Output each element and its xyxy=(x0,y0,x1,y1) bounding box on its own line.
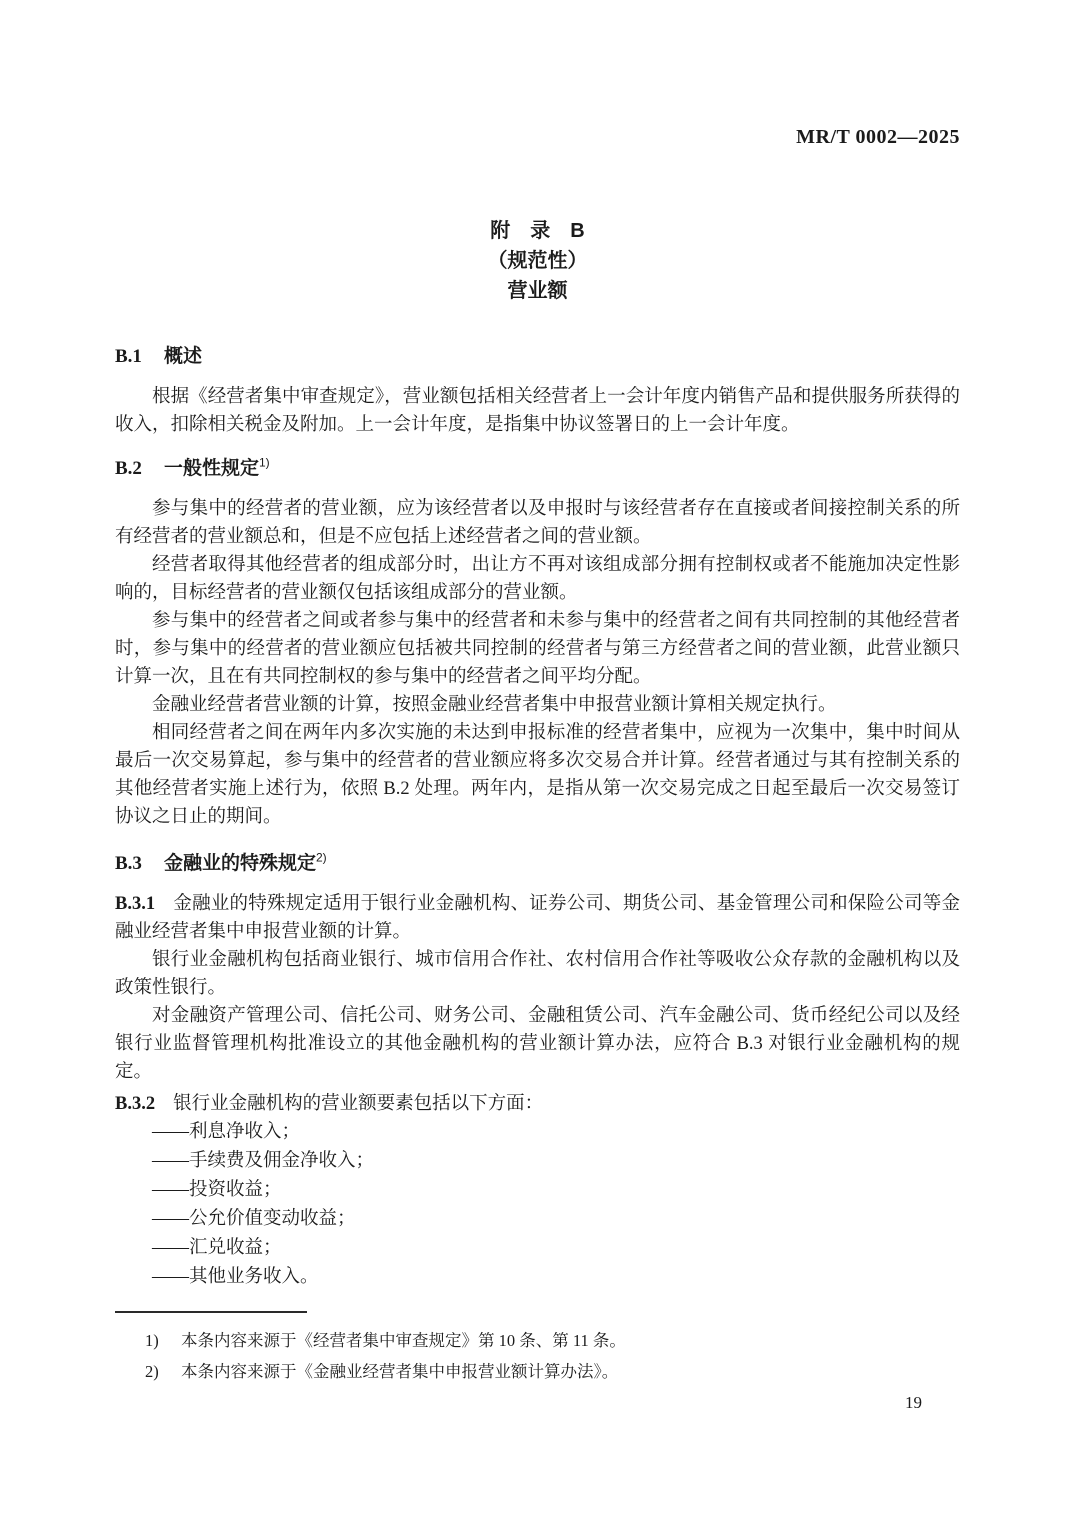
footnote-text: 本条内容来源于《金融业经营者集中申报营业额计算办法》。 xyxy=(181,1356,960,1387)
footnote: 2) 本条内容来源于《金融业经营者集中申报营业额计算办法》。 xyxy=(115,1356,960,1387)
body-paragraph: 参与集中的经营者的营业额，应为该经营者以及申报时与该经营者存在直接或者间接控制关… xyxy=(115,495,960,551)
footnote-reference: 1) xyxy=(259,456,270,470)
list-item: ——投资收益； xyxy=(115,1176,960,1205)
document-page: MR/T 0002—2025 附 录 B （规范性） 营业额 B.1概述 根据《… xyxy=(0,0,1074,1520)
appendix-title-block: 附 录 B （规范性） 营业额 xyxy=(115,216,960,306)
footnote-separator xyxy=(115,1311,307,1313)
section-heading-b1: B.1概述 xyxy=(115,344,960,370)
appendix-subject: 营业额 xyxy=(115,276,960,306)
document-code: MR/T 0002—2025 xyxy=(115,124,960,150)
section-heading-b3: B.3金融业的特殊规定2) xyxy=(115,851,960,877)
section-number: B.1 xyxy=(115,346,142,367)
list-item: ——利息净收入； xyxy=(115,1118,960,1147)
clause-number: B.3.2 xyxy=(115,1094,155,1114)
body-paragraph: 银行业金融机构包括商业银行、城市信用合作社、农村信用合作社等吸收公众存款的金融机… xyxy=(115,946,960,1002)
footnote: 1) 本条内容来源于《经营者集中审查规定》第 10 条、第 11 条。 xyxy=(115,1325,960,1356)
section-number: B.2 xyxy=(115,458,142,479)
section-number: B.3 xyxy=(115,853,142,874)
list-item: ——手续费及佣金净收入； xyxy=(115,1147,960,1176)
clause-text: 银行业金融机构的营业额要素包括以下方面： xyxy=(173,1094,543,1114)
body-paragraph: 根据《经营者集中审查规定》，营业额包括相关经营者上一会计年度内销售产品和提供服务… xyxy=(115,383,960,439)
page-content: MR/T 0002—2025 附 录 B （规范性） 营业额 B.1概述 根据《… xyxy=(115,0,960,1292)
page-number: 19 xyxy=(905,1392,922,1414)
clause-number: B.3.1 xyxy=(115,894,155,914)
clause-b32: B.3.2银行业金融机构的营业额要素包括以下方面： xyxy=(115,1090,960,1118)
body-paragraph: 参与集中的经营者之间或者参与集中的经营者和未参与集中的经营者之间有共同控制的其他… xyxy=(115,607,960,691)
section-heading-b2: B.2一般性规定1) xyxy=(115,456,960,482)
clause-text: 金融业的特殊规定适用于银行业金融机构、证券公司、期货公司、基金管理公司和保险公司… xyxy=(115,894,960,942)
body-paragraph: 经营者取得其他经营者的组成部分时，出让方不再对该组成部分拥有控制权或者不能施加决… xyxy=(115,551,960,607)
body-paragraph: 对金融资产管理公司、信托公司、财务公司、金融租赁公司、汽车金融公司、货币经纪公司… xyxy=(115,1002,960,1086)
list-item: ——其他业务收入。 xyxy=(115,1263,960,1292)
appendix-title: 附 录 B xyxy=(115,216,960,246)
body-paragraph: 金融业经营者营业额的计算，按照金融业经营者集中申报营业额计算相关规定执行。 xyxy=(115,691,960,719)
footnote-marker: 2) xyxy=(115,1356,181,1387)
body-paragraph: 相同经营者之间在两年内多次实施的未达到申报标准的经营者集中，应视为一次集中，集中… xyxy=(115,719,960,831)
footnote-text: 本条内容来源于《经营者集中审查规定》第 10 条、第 11 条。 xyxy=(181,1325,960,1356)
list-item: ——公允价值变动收益； xyxy=(115,1205,960,1234)
footnote-marker: 1) xyxy=(115,1325,181,1356)
footnote-reference: 2) xyxy=(316,851,327,865)
section-title: 概述 xyxy=(164,346,202,367)
section-title: 一般性规定 xyxy=(164,458,259,479)
section-title: 金融业的特殊规定 xyxy=(164,853,316,874)
appendix-normative-label: （规范性） xyxy=(115,246,960,276)
clause-b31: B.3.1金融业的特殊规定适用于银行业金融机构、证券公司、期货公司、基金管理公司… xyxy=(115,890,960,946)
footnote-area: 1) 本条内容来源于《经营者集中审查规定》第 10 条、第 11 条。 2) 本… xyxy=(115,1311,960,1387)
list-item: ——汇兑收益； xyxy=(115,1234,960,1263)
